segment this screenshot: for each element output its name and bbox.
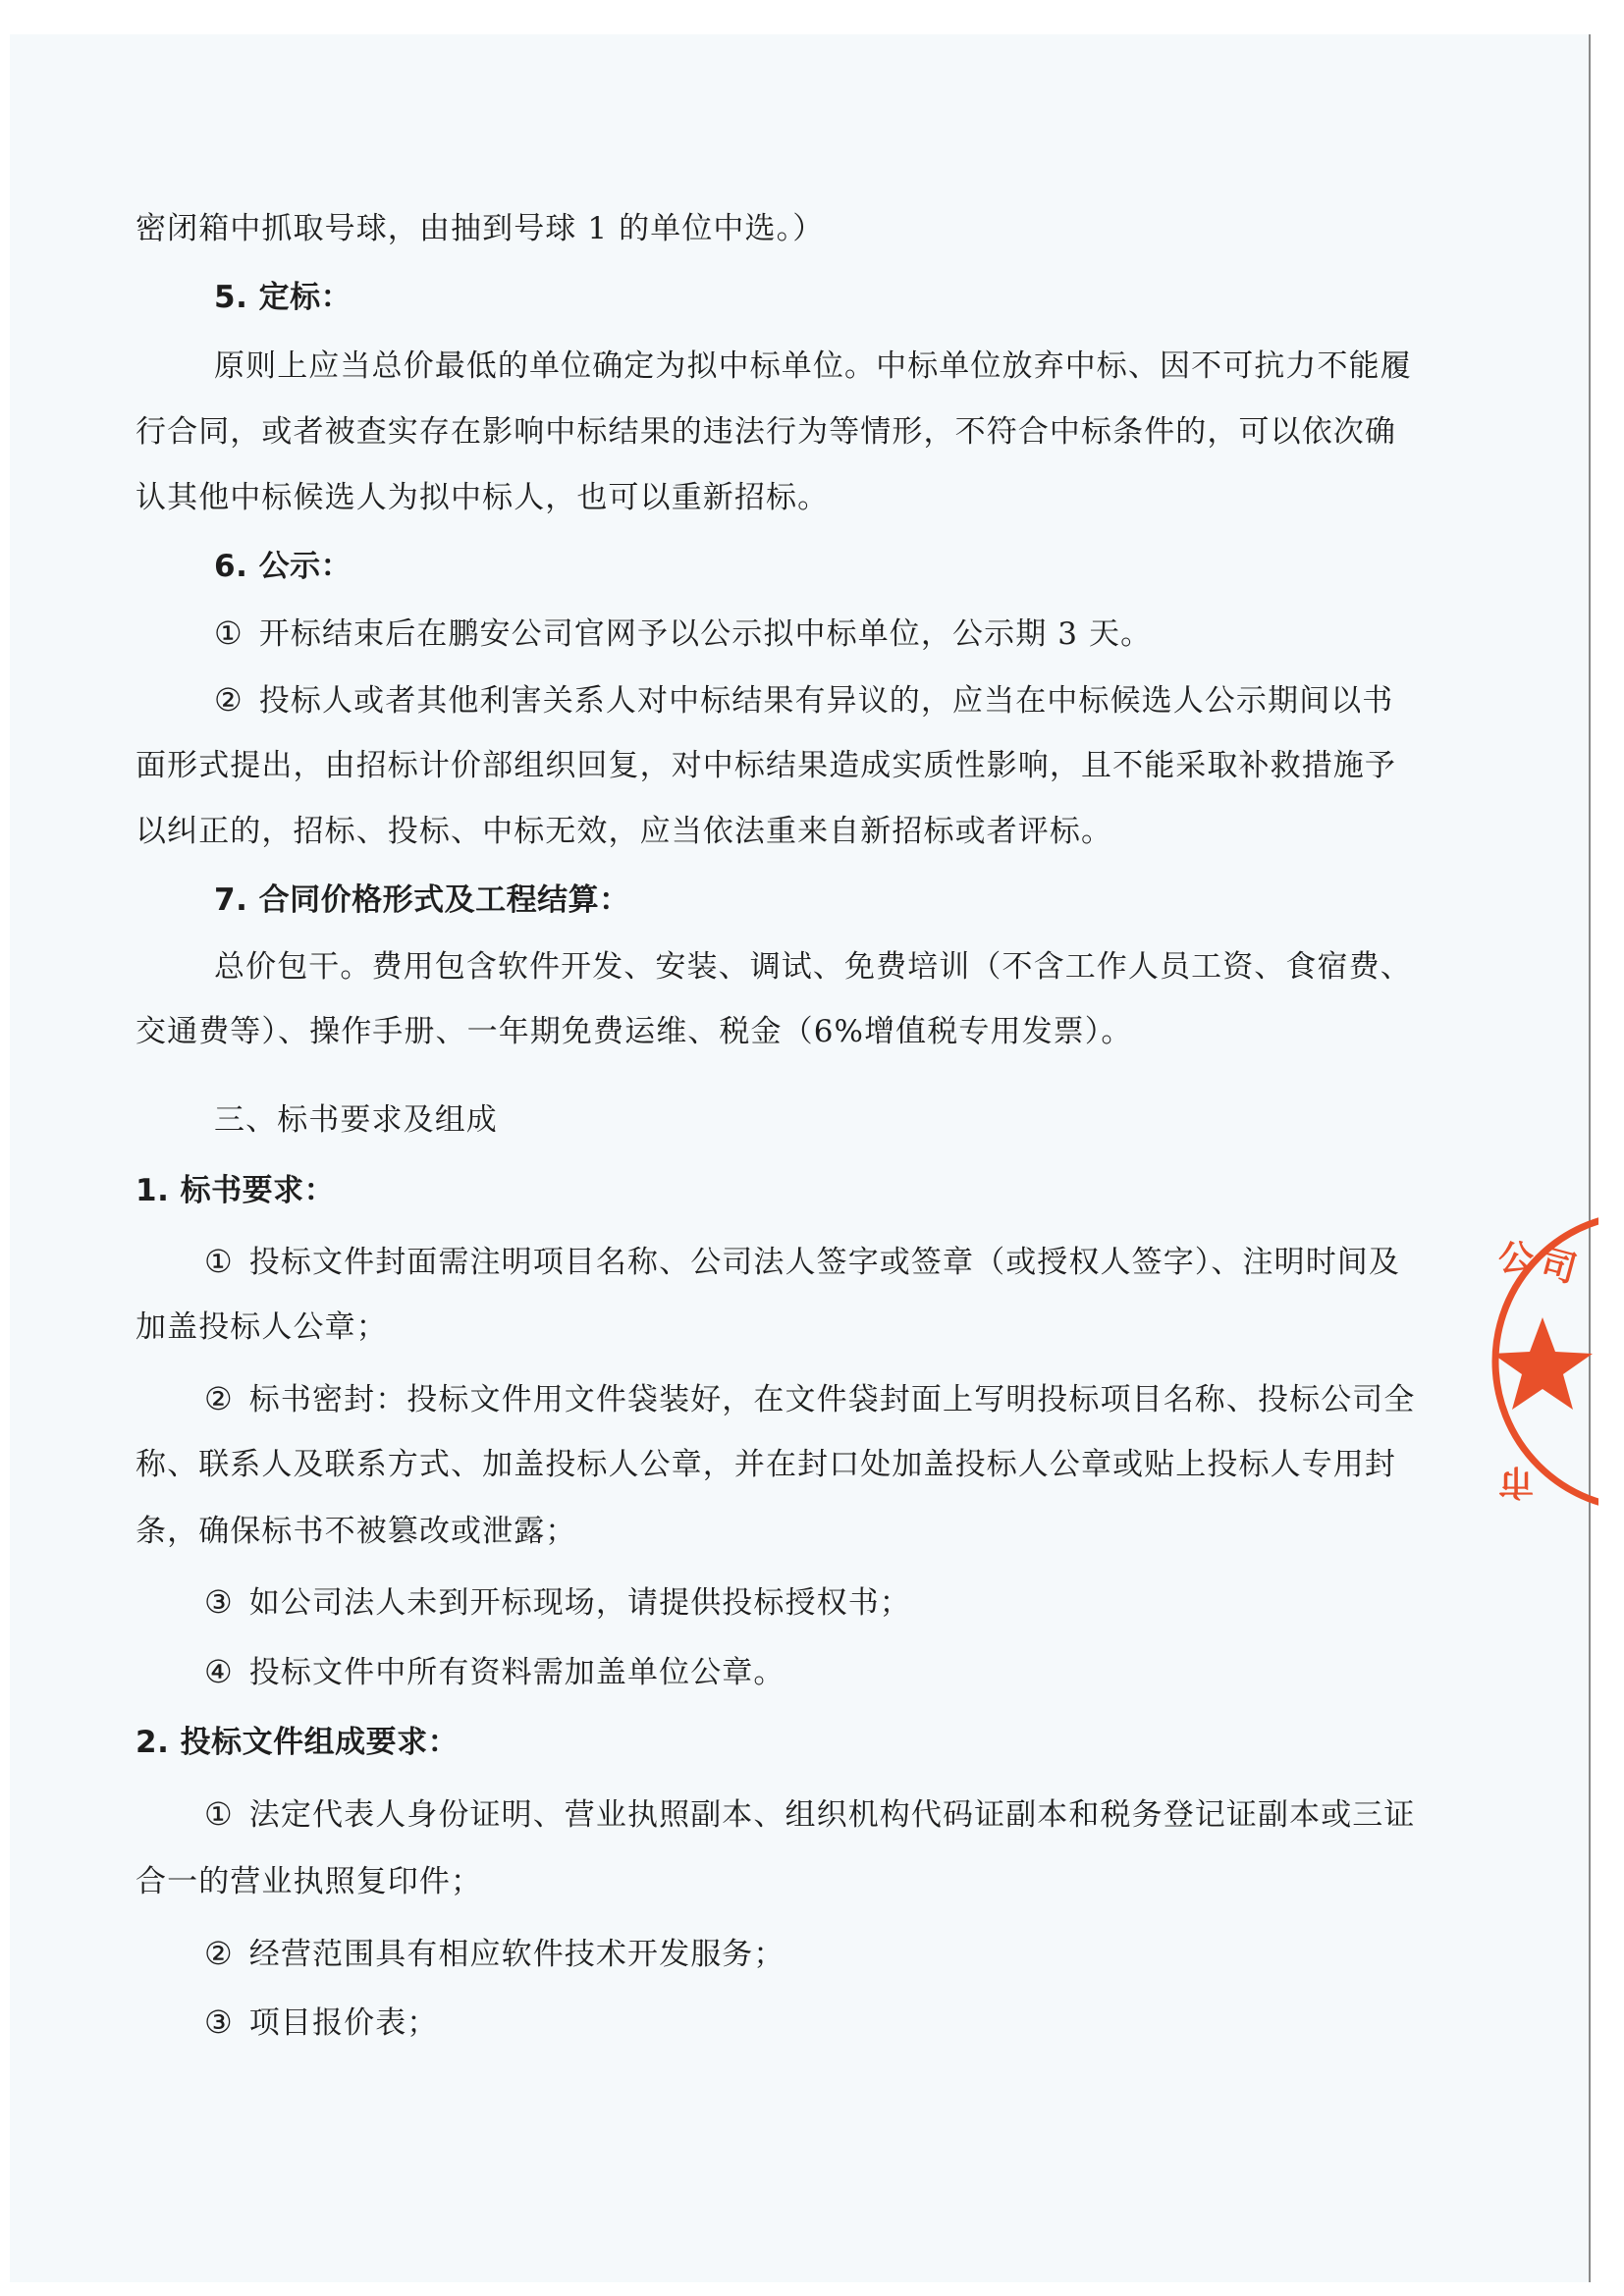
svg-text:市: 市: [1498, 1462, 1534, 1502]
line-text: 投标文件封面需注明项目名称、公司法人签字或签章（或授权人签字）、注明时间及: [249, 1245, 1400, 1280]
text-line: 行合同，或者被查实存在影响中标结果的违法行为等情形，不符合中标条件的，可以依次确: [135, 412, 1396, 452]
svg-text:公: 公: [1498, 1239, 1534, 1279]
list-item: ③如公司法人未到开标现场，请提供投标授权书；: [204, 1582, 911, 1623]
text-line: 面形式提出，由招标计价部组织回复，对中标结果造成实质性影响，且不能采取补救措施予: [135, 746, 1396, 785]
section-heading-5: 5. 定标：: [214, 278, 352, 317]
text-line: 总价包干。费用包含软件开发、安装、调试、免费培训（不含工作人员工资、食宿费、: [214, 947, 1412, 987]
text-line: 交通费等）、操作手册、一年期免费运维、税金（6%增值税专用发票）。: [135, 1012, 1132, 1051]
line-text: 总价包干。费用包含软件开发、安装、调试、免费培训（不含工作人员工资、食宿费、: [214, 949, 1412, 985]
heading-text: 1. 标书要求：: [135, 1173, 335, 1208]
text-line: 以纠正的，招标、投标、中标无效，应当依法重来自新招标或者评标。: [135, 812, 1112, 851]
heading-text: 7. 合同价格形式及工程结算：: [214, 882, 630, 918]
circled-number-marker: ④: [204, 1653, 234, 1690]
line-text: 如公司法人未到开标现场，请提供投标授权书；: [249, 1585, 911, 1621]
line-text: 投标人或者其他利害关系人对中标结果有异议的，应当在中标候选人公示期间以书: [259, 683, 1394, 719]
line-text: 开标结束后在鹏安公司官网予以公示拟中标单位，公示期 3 天。: [259, 616, 1152, 652]
company-seal-stamp: 公 司 市: [1481, 1200, 1598, 1523]
list-item: ①开标结束后在鹏安公司官网予以公示拟中标单位，公示期 3 天。: [214, 614, 1152, 654]
list-item: ②经营范围具有相应软件技术开发服务；: [204, 1934, 785, 1974]
text-line: 密闭箱中抓取号球，由抽到号球 1 的单位中选。）: [135, 209, 824, 248]
section-heading-6: 6. 公示：: [214, 547, 352, 586]
heading-text: 5. 定标：: [214, 280, 352, 315]
line-text: 合一的营业执照复印件；: [135, 1864, 482, 1899]
line-text: 标书密封：投标文件用文件袋装好，在文件袋封面上写明投标项目名称、投标公司全: [249, 1382, 1416, 1417]
list-item: ③项目报价表；: [204, 2002, 438, 2043]
text-line: 称、联系人及联系方式、加盖投标人公章，并在封口处加盖投标人公章或贴上投标人专用封: [135, 1445, 1396, 1484]
circled-number-marker: ③: [204, 2003, 234, 2041]
line-text: 行合同，或者被查实存在影响中标结果的违法行为等情形，不符合中标条件的，可以依次确: [135, 414, 1396, 450]
list-item: ④投标文件中所有资料需加盖单位公章。: [204, 1652, 785, 1692]
text-line: 认其他中标候选人为拟中标人，也可以重新招标。: [135, 478, 829, 517]
list-item: ②标书密封：投标文件用文件袋装好，在文件袋封面上写明投标项目名称、投标公司全: [204, 1379, 1416, 1419]
chapter-heading-3: 三、标书要求及组成: [214, 1100, 498, 1140]
circled-number-marker: ③: [204, 1583, 234, 1621]
list-item: ②投标人或者其他利害关系人对中标结果有异议的，应当在中标候选人公示期间以书: [214, 680, 1393, 721]
line-text: 条，确保标书不被篡改或泄露；: [135, 1514, 576, 1549]
text-line: 原则上应当总价最低的单位确定为拟中标单位。中标单位放弃中标、因不可抗力不能履: [214, 347, 1412, 386]
heading-text: 2. 投标文件组成要求：: [135, 1725, 459, 1760]
text-line: 条，确保标书不被篡改或泄露；: [135, 1512, 576, 1551]
text-line: 加盖投标人公章；: [135, 1308, 388, 1347]
circled-number-marker: ②: [204, 1935, 234, 1972]
seal-icon: 公 司 市: [1481, 1200, 1598, 1523]
text-line: 合一的营业执照复印件；: [135, 1862, 482, 1901]
line-text: 加盖投标人公章；: [135, 1309, 388, 1345]
line-text: 法定代表人身份证明、营业执照副本、组织机构代码证副本和税务登记证副本或三证: [249, 1797, 1416, 1833]
line-text: 投标文件中所有资料需加盖单位公章。: [249, 1655, 785, 1690]
line-text: 交通费等）、操作手册、一年期免费运维、税金（6%增值税专用发票）。: [135, 1014, 1132, 1049]
line-text: 认其他中标候选人为拟中标人，也可以重新招标。: [135, 480, 829, 515]
line-text: 面形式提出，由招标计价部组织回复，对中标结果造成实质性影响，且不能采取补救措施予: [135, 748, 1396, 783]
line-text: 原则上应当总价最低的单位确定为拟中标单位。中标单位放弃中标、因不可抗力不能履: [214, 348, 1412, 384]
heading-text: 三、标书要求及组成: [214, 1102, 498, 1138]
section-heading-7: 7. 合同价格形式及工程结算：: [214, 881, 630, 920]
line-text: 称、联系人及联系方式、加盖投标人公章，并在封口处加盖投标人公章或贴上投标人专用封: [135, 1447, 1396, 1482]
line-text: 以纠正的，招标、投标、中标无效，应当依法重来自新招标或者评标。: [135, 814, 1112, 849]
line-text: 密闭箱中抓取号球，由抽到号球 1 的单位中选。）: [135, 211, 824, 246]
scanned-page: 密闭箱中抓取号球，由抽到号球 1 的单位中选。） 5. 定标： 原则上应当总价最…: [10, 34, 1591, 2282]
circled-number-marker: ②: [214, 681, 244, 719]
circled-number-marker: ②: [204, 1380, 234, 1417]
subsection-heading-1: 1. 标书要求：: [135, 1171, 335, 1210]
line-text: 项目报价表；: [249, 2005, 439, 2041]
subsection-heading-2: 2. 投标文件组成要求：: [135, 1723, 459, 1762]
circled-number-marker: ①: [204, 1243, 234, 1280]
circled-number-marker: ①: [214, 614, 244, 652]
heading-text: 6. 公示：: [214, 549, 352, 584]
list-item: ①投标文件封面需注明项目名称、公司法人签字或签章（或授权人签字）、注明时间及: [204, 1242, 1400, 1282]
list-item: ①法定代表人身份证明、营业执照副本、组织机构代码证副本和税务登记证副本或三证: [204, 1794, 1416, 1835]
circled-number-marker: ①: [204, 1795, 234, 1833]
line-text: 经营范围具有相应软件技术开发服务；: [249, 1937, 785, 1972]
